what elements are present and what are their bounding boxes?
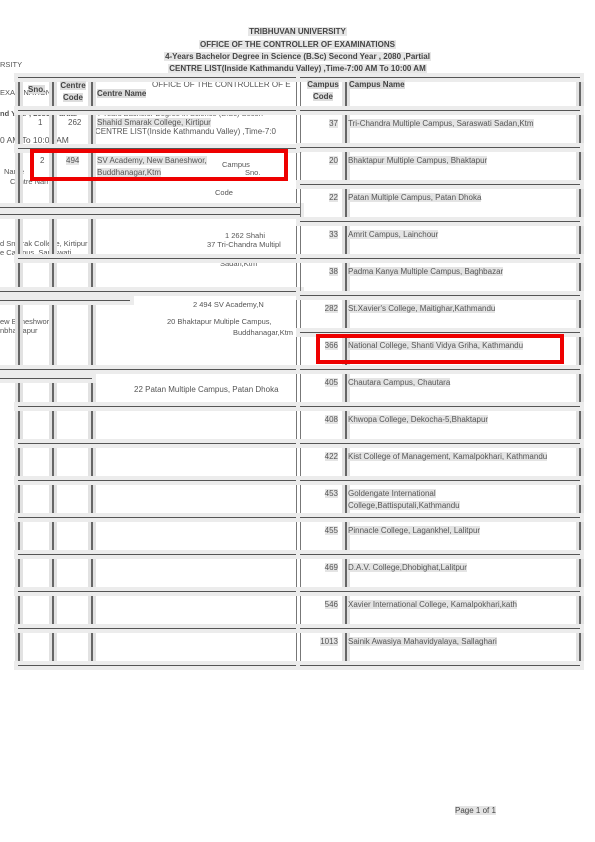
header-centre-name: Centre Name — [97, 88, 146, 100]
centre-table-border-right — [296, 76, 297, 666]
campus-table-rule — [300, 406, 580, 407]
fragment-name: Name — [4, 167, 24, 176]
campus-row-name: Chautara Campus, Chautara — [348, 377, 548, 389]
header-campus-code: Campus Code — [303, 79, 343, 103]
centre-table-rule — [0, 291, 300, 292]
centre-table-rule — [18, 406, 298, 407]
campus-row-name: Sainik Awasiya Mahavidyalaya, Sallaghari — [348, 636, 548, 648]
overlay-row2: 2 494 SV Academy,N — [193, 300, 264, 309]
campus-row-code: 455 — [308, 525, 338, 537]
campus-row-code: 546 — [308, 599, 338, 611]
centre-table-rule — [0, 207, 300, 208]
campus-row-name: Goldengate International College,Battisp… — [348, 488, 548, 512]
centre-table-rule — [18, 480, 298, 481]
campus-row-name: D.A.V. College,Dhobighat,Lalitpur — [348, 562, 548, 574]
header-campus-name: Campus Name — [349, 79, 405, 91]
fragment-baneshwor: ew Baneshwor, — [0, 317, 51, 326]
campus-row-code: 282 — [308, 303, 338, 315]
campus-table-border-left — [300, 76, 301, 666]
campus-row-code: 469 — [308, 562, 338, 574]
header-sno: Sno. — [28, 84, 45, 96]
campus-row-name: Amrit Campus, Lainchour — [348, 229, 548, 241]
centre-table-rule — [0, 378, 92, 379]
campus-row-code: 405 — [308, 377, 338, 389]
centre-list-title: CENTRE LIST(Inside Kathmandu Valley) ,Ti… — [0, 64, 595, 74]
campus-table-rule — [300, 258, 580, 259]
centre-table-bottom-rule — [18, 665, 298, 666]
campus-table-rule — [300, 554, 580, 555]
fragment-time: 0 AM To 10:00 AM — [0, 135, 69, 145]
campus-row-name: Tri-Chandra Multiple Campus, Saraswati S… — [348, 118, 548, 130]
centre-table-rule — [18, 517, 298, 518]
centre-table-rule — [18, 258, 298, 259]
centre-table-rule — [0, 369, 300, 370]
overlay-sadan: Sadan,Ktm — [220, 259, 257, 268]
campus-row-name: Xavier International College, Kamalpokha… — [348, 599, 548, 611]
campus-table-rule — [300, 332, 580, 333]
centre-table-rule — [0, 300, 130, 301]
fragment-university: RSITY — [0, 60, 22, 69]
campus-table-bottom-rule — [300, 665, 580, 666]
campus-table-rule — [300, 110, 580, 111]
campus-row-name: Khwopa College, Dekocha-5,Bhaktapur — [348, 414, 548, 426]
campus-row-name: Bhaktapur Multiple Campus, Bhaktapur — [348, 155, 548, 167]
campus-row-code: 1013 — [308, 636, 338, 648]
campus-row-code: 20 — [308, 155, 338, 167]
fragment-college: d Smarak College, Kirtipur — [0, 239, 88, 248]
campus-row-code: 38 — [308, 266, 338, 278]
centre-row-1-code: 262 — [68, 117, 81, 129]
campus-table-rule — [300, 184, 580, 185]
centre-table-rule — [18, 443, 298, 444]
university-title: TRIBHUVAN UNIVERSITY — [0, 27, 595, 37]
campus-table-rule — [300, 517, 580, 518]
overlay-row20: 20 Bhaktapur Multiple Campus, — [167, 317, 272, 326]
campus-table-border-right — [579, 76, 581, 666]
overlay-row37: 37 Tri-Chandra Multipl — [207, 240, 281, 249]
campus-table-col-divider — [345, 76, 347, 666]
page-indicator: Page 1 of 1 — [455, 806, 496, 815]
overlay-row22: 22 Patan Multiple Campus, Patan Dhoka — [134, 385, 279, 394]
centre-table-rule — [18, 554, 298, 555]
centre-table-rule — [18, 591, 298, 592]
campus-table-rule — [300, 480, 580, 481]
centre-row-1-sno: 1 — [38, 117, 42, 129]
campus-row-code: 22 — [308, 192, 338, 204]
header-centre-code: Centre Code — [55, 80, 91, 104]
campus-row-code: 37 — [308, 118, 338, 130]
highlight-box-campus — [316, 334, 564, 364]
campus-table-rule — [300, 628, 580, 629]
overlay-buddha: Buddhanagar,Ktm — [233, 328, 293, 337]
overlay-office: OFFICE OF THE CONTROLLER OF E — [152, 80, 291, 89]
centre-table-rule — [0, 214, 300, 215]
campus-table-rule — [300, 591, 580, 592]
centre-row-1-name: Shahid Smarak College, Kirtipur — [97, 117, 211, 129]
office-title: OFFICE OF THE CONTROLLER OF EXAMINATIONS — [0, 40, 595, 50]
campus-table-rule — [300, 443, 580, 444]
centre-table-border-left — [18, 76, 20, 666]
campus-row-name: Pinnacle College, Lagankhel, Lalitpur — [348, 525, 548, 537]
highlight-box-centre — [30, 149, 288, 181]
fragment-campus: e Campus, Saraswati, — [0, 248, 73, 257]
campus-row-code: 453 — [308, 488, 338, 500]
campus-row-name: Kist College of Management, Kamalpokhari… — [348, 451, 548, 463]
campus-table-rule — [300, 221, 580, 222]
campus-row-code: 422 — [308, 451, 338, 463]
campus-row-code: 33 — [308, 229, 338, 241]
campus-table-rule — [300, 369, 580, 370]
campus-row-name: Padma Kanya Multiple Campus, Baghbazar — [348, 266, 548, 278]
campus-table-top-rule — [300, 77, 580, 78]
program-title: 4-Years Bachelor Degree in Science (B.Sc… — [0, 52, 595, 62]
campus-row-name: Patan Multiple Campus, Patan Dhoka — [348, 192, 548, 204]
overlay-code: Code — [215, 188, 233, 197]
overlay-row1: 1 262 Shahi — [225, 231, 265, 240]
centre-table-rule — [18, 110, 298, 111]
centre-table-top-rule — [18, 77, 298, 78]
campus-table-rule — [300, 295, 580, 296]
campus-row-name: St.Xavier's College, Maitighar,Kathmandu — [348, 303, 548, 315]
campus-row-code: 408 — [308, 414, 338, 426]
centre-table-rule — [18, 628, 298, 629]
campus-table-rule — [300, 147, 580, 148]
